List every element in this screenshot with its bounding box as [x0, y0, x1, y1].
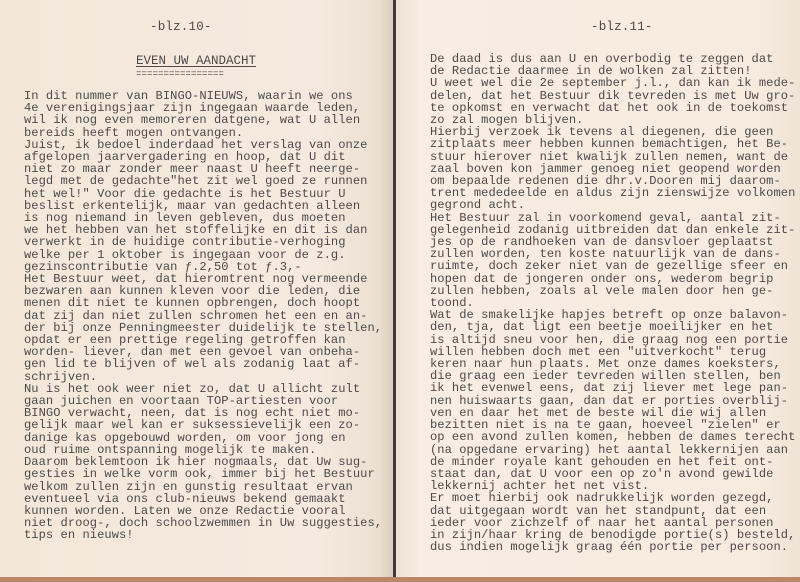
- text-line: Er moet hierbij ook nadrukkelijk worden …: [430, 492, 795, 504]
- text-line: wil ik nog even memoreren datgene, wat U…: [24, 114, 382, 126]
- text-line: dus indien mogelijk graag één portie per…: [430, 541, 795, 553]
- text-line: ik het evenwel eens, dat zij liever met …: [430, 382, 795, 394]
- text-line: den, tja, dat ligt een beetje moeilijker…: [430, 321, 795, 333]
- text-line: verwerkt in de huidige contributie-verho…: [24, 236, 382, 248]
- text-line: welke per 1 oktober is ingegaan voor de …: [24, 249, 382, 261]
- text-line: het wel!" Voor die gedachte is het Bestu…: [24, 188, 382, 200]
- text-line: U weet wel die 2e september j.l., dan ka…: [430, 77, 795, 89]
- page-number: -blz.11-: [591, 20, 653, 34]
- text-line: tips en nieuws!: [24, 529, 382, 541]
- text-line: bereids heeft mogen ontvangen.: [24, 127, 382, 139]
- text-line: gegrond acht.: [430, 199, 795, 211]
- text-line: dat uitgegaan wordt van het standpunt, d…: [430, 505, 795, 517]
- text-line: gesties in welke vorm ook, immer bij het…: [24, 468, 382, 480]
- text-line: stuur hierover niet kwalijk zullen nemen…: [430, 151, 795, 163]
- text-line: (na opgedane ervaring) het aantal lekker…: [430, 444, 795, 456]
- article-body: De daad is dus aan U en overbodig te zeg…: [430, 53, 795, 553]
- text-line: ruimte, doch zeker niet van de gezellige…: [430, 260, 795, 272]
- page-left: -blz.10- EVEN UW AANDACHT ==============…: [0, 0, 394, 577]
- article-body: In dit nummer van BINGO-NIEUWS, waarin w…: [24, 90, 382, 542]
- text-line: gen lid te blijven of wel als zodanig la…: [24, 358, 382, 370]
- text-line: legd met de gedachte"het zit wel goed ze…: [24, 175, 382, 187]
- text-line: gelijk maar wel kan er suksessievelijk e…: [24, 419, 382, 431]
- text-line: op een avond zullen komen, hebben de dam…: [430, 431, 795, 443]
- text-line: menen dit niet te kunnen opbrengen, doch…: [24, 297, 382, 309]
- page-number: -blz.10-: [150, 20, 212, 34]
- text-line: welkom zullen zijn en gunstig resultaat …: [24, 481, 382, 493]
- text-line: zitplaats meer hebben kunnen bemachtigen…: [430, 138, 795, 150]
- page-right: -blz.11- De daad is dus aan U en overbod…: [396, 0, 800, 577]
- text-line: zullen hebben, zoals al vele malen door …: [430, 285, 795, 297]
- article-title: EVEN UW AANDACHT: [136, 54, 256, 68]
- booklet-spread: -blz.10- EVEN UW AANDACHT ==============…: [0, 0, 800, 577]
- title-underline-rule: ================: [136, 70, 224, 78]
- text-line: delen, dat het Bestuur dik tevreden is m…: [430, 90, 795, 102]
- text-line: Het Bestuur zal in voorkomend geval, aan…: [430, 212, 795, 224]
